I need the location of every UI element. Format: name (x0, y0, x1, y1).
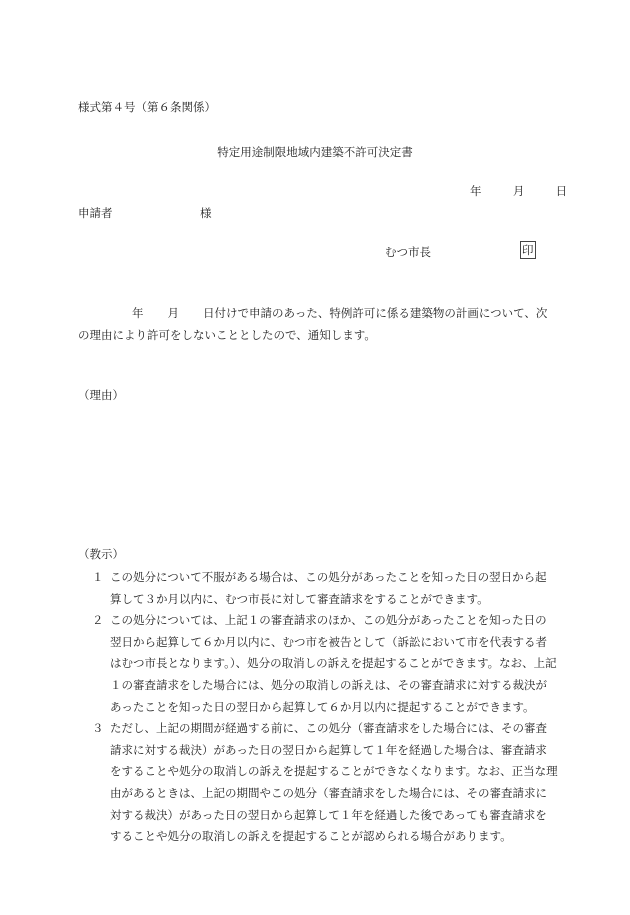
notice-item: ３ ただし、上記の期間が経過する前に、この処分（審査請求をした場合には、その審査… (88, 718, 558, 848)
body-text: 日付けで申請のあった、特例許可に係る建築物の計画について、次の理由により許可をし… (78, 306, 547, 342)
notice-number: ２ (92, 610, 104, 632)
applicant-honorific: 様 (200, 205, 212, 221)
document-title: 特定用途制限地域内建築不許可決定書 (0, 144, 630, 160)
issue-date: 年 月 日 (470, 183, 567, 199)
date-year-label: 年 (470, 183, 482, 199)
applicant-label: 申請者 (78, 206, 113, 220)
notice-number: ３ (92, 718, 104, 740)
body-date-month: 月 (168, 306, 180, 320)
date-day-label: 日 (556, 183, 568, 199)
issuer-name: むつ市長 (385, 244, 431, 260)
notice-list: １ この処分について不服がある場合は、この処分があったことを知った日の翌日から起… (88, 567, 558, 848)
notice-number: １ (92, 567, 104, 589)
notice-text: ただし、上記の期間が経過する前に、この処分（審査請求をした場合には、その審査請求… (110, 721, 558, 843)
date-month-label: 月 (513, 183, 525, 199)
notice-label: （教示） (78, 546, 124, 562)
notice-item: １ この処分について不服がある場合は、この処分があったことを知った日の翌日から起… (88, 567, 558, 610)
body-paragraph: 年月日付けで申請のあった、特例許可に係る建築物の計画について、次の理由により許可… (78, 302, 556, 346)
form-number: 様式第４号（第６条関係） (78, 99, 216, 115)
body-date-year: 年 (132, 306, 144, 320)
notice-item: ２ この処分については、上記１の審査請求のほか、この処分があったことを知った日の… (88, 610, 558, 718)
notice-text: この処分について不服がある場合は、この処分があったことを知った日の翌日から起算し… (110, 570, 547, 606)
seal-stamp-box: 印 (520, 241, 536, 259)
applicant-line: 申請者 様 (78, 205, 113, 221)
notice-text: この処分については、上記１の審査請求のほか、この処分があったことを知った日の翌日… (110, 613, 557, 713)
reason-label: （理由） (78, 387, 124, 403)
